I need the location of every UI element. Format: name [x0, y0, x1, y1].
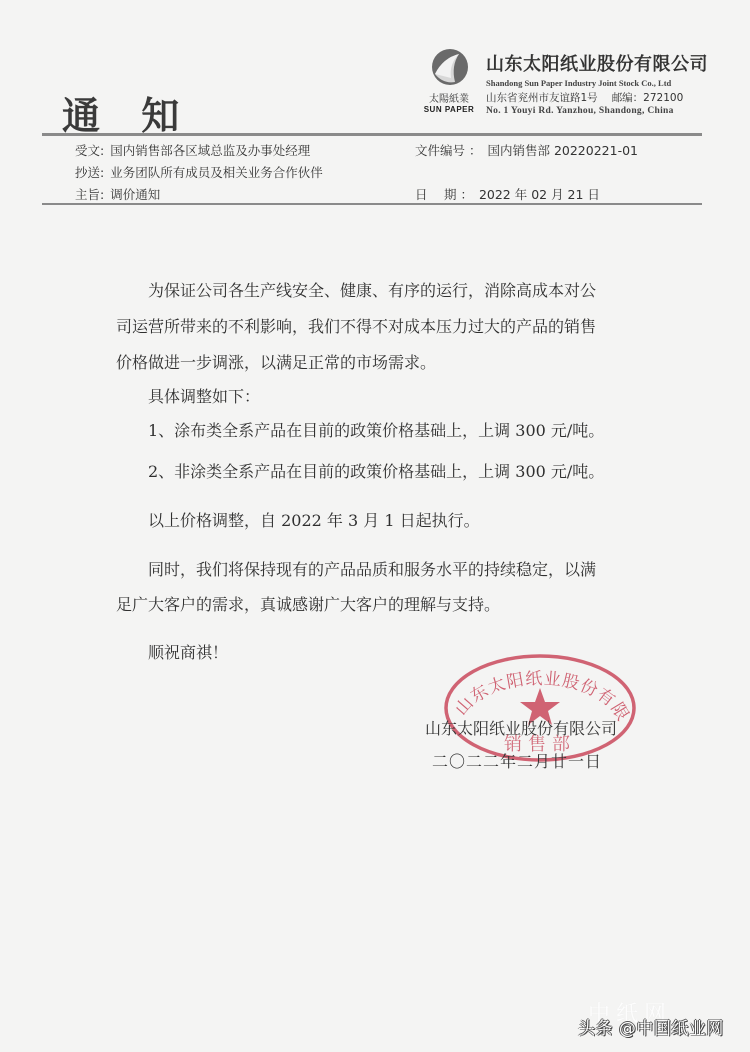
effective-date-text: 以上价格调整，自 2022 年 3 月 1 日起执行。: [148, 508, 480, 531]
paragraph-1-line-2: 司运营所带来的不利影响，我们不得不对成本压力过大的产品的销售: [116, 314, 596, 337]
company-letterhead: 山东太阳纸业股份有限公司 Shandong Sun Paper Industry…: [486, 50, 746, 116]
company-address-en: No. 1 Youyi Rd. Yanzhou, Shandong, China: [486, 106, 746, 116]
subject-label: 主旨:: [75, 187, 104, 202]
date-label: 日 期 ：: [415, 187, 473, 202]
address-cn: 山东省兖州市友谊路1号: [486, 92, 598, 104]
doc-no-label: 文件编号 ：: [415, 143, 481, 158]
adjustment-intro: 具体调整如下：: [148, 384, 260, 407]
logo-cn-text: 太陽紙業: [418, 90, 480, 105]
adjustment-item-1: 1、涂布类全系产品在目前的政策价格基础上，上调 300 元/吨。: [148, 418, 604, 441]
meta-doc-no: 文件编号 ： 国内销售部 20220221-01: [415, 141, 638, 159]
to-label: 受文:: [75, 143, 104, 158]
signature-company: 山东太阳纸业股份有限公司: [425, 716, 617, 739]
sun-paper-logo: 太陽紙業 SUN PAPER: [418, 48, 480, 114]
signature-date: 二〇二二年二月廿一日: [432, 749, 602, 772]
company-name-cn: 山东太阳纸业股份有限公司: [486, 50, 746, 76]
to-value: 国内销售部各区域总监及办事处经理: [110, 143, 310, 158]
notice-document: 通 知 太陽紙業 SUN PAPER 山东太阳纸业股份有限公司 Shandong…: [0, 0, 750, 1052]
company-seal-stamp: 山东太阳纸业股份有限公司 销售部: [440, 650, 640, 762]
paragraph-3-line-2: 足广大客户的需求，真诚感谢广大客户的理解与支持。: [116, 592, 500, 615]
zip-code: 邮编：272100: [612, 92, 684, 104]
meta-to: 受文: 国内销售部各区域总监及办事处经理: [75, 141, 310, 159]
paragraph-1-line-1: 为保证公司各生产线安全、健康、有序的运行，消除高成本对公: [148, 278, 596, 301]
adjustment-item-2: 2、非涂类全系产品在目前的政策价格基础上，上调 300 元/吨。: [148, 459, 604, 482]
paragraph-3-line-1: 同时，我们将保持现有的产品品质和服务水平的持续稳定，以满: [148, 557, 596, 580]
doc-no-value: 国内销售部 20220221-01: [487, 143, 638, 158]
meta-date: 日 期 ： 2022 年 02 月 21 日: [415, 185, 600, 203]
page-title: 通 知: [62, 85, 193, 140]
meta-subject: 主旨: 调价通知: [75, 185, 160, 203]
sun-logo-icon: [429, 48, 469, 88]
cc-label: 抄送:: [75, 165, 104, 180]
company-address-cn: 山东省兖州市友谊路1号邮编：272100: [486, 90, 746, 105]
header-divider-top: [42, 133, 702, 136]
logo-en-text: SUN PAPER: [418, 105, 480, 114]
watermark-label: 头条 @中国纸业网: [578, 1014, 724, 1039]
company-name-en: Shandong Sun Paper Industry Joint Stock …: [486, 78, 746, 88]
subject-value: 调价通知: [110, 187, 160, 202]
meta-cc: 抄送: 业务团队所有成员及相关业务合作伙伴: [75, 163, 323, 181]
header-divider-bottom: [42, 203, 702, 205]
date-value: 2022 年 02 月 21 日: [479, 187, 600, 202]
closing-greeting: 顺祝商祺！: [148, 640, 228, 663]
paragraph-1-line-3: 价格做进一步调涨，以满足正常的市场需求。: [116, 350, 436, 373]
cc-value: 业务团队所有成员及相关业务合作伙伴: [110, 165, 323, 180]
